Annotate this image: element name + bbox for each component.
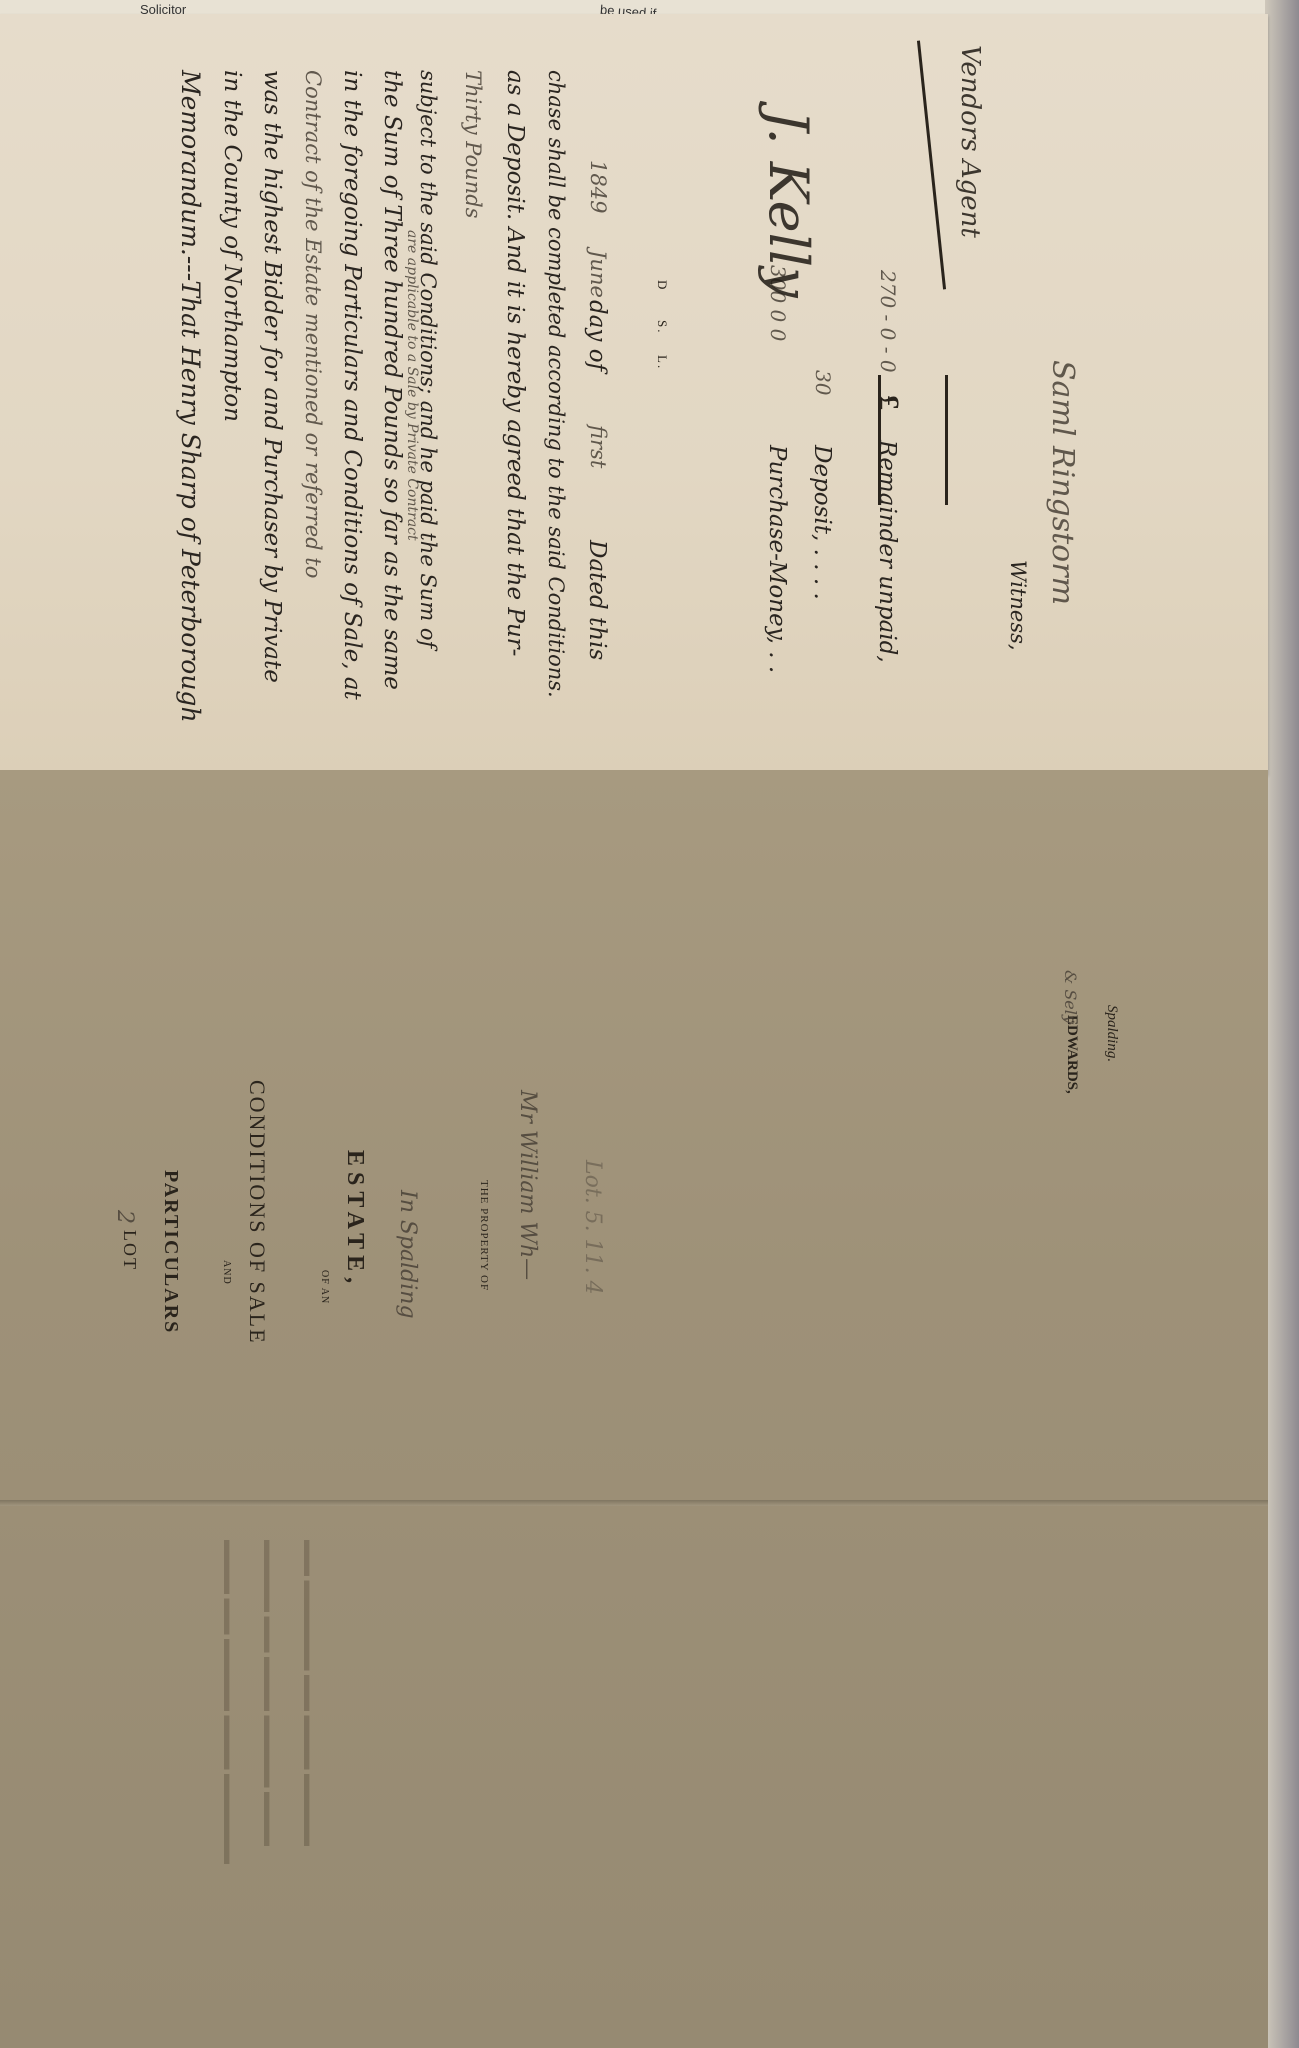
lot-number: 2 [112, 1210, 137, 1224]
memo-line-5: in the foregoing Particulars and Conditi… [339, 70, 365, 700]
title-particulars: PARTICULARS [159, 1170, 182, 1334]
remainder-label: Remainder unpaid, [874, 440, 900, 663]
table-surface-edge [1265, 0, 1299, 2048]
cover-fold-crease [0, 1500, 1268, 1506]
memo-line-1: Memorandum.---That Henry Sharp of Peterb… [176, 70, 205, 723]
remainder-value: 270 - 0 - 0 [876, 270, 900, 373]
vendor-signature: J. Kelly [757, 110, 820, 298]
memo-line-3: was the highest Bidder for and Purchaser… [259, 70, 285, 683]
witness-signature: Saml Ringstorm [1045, 360, 1080, 605]
lot-label: LOT [119, 1230, 140, 1271]
show-through-text: ▬▬▬ ▬▬ ▬▬▬▬ ▬▬▬ ▬▬▬▬▬ [219, 1540, 240, 1864]
total-rule [945, 375, 948, 505]
vendor-role: Vendors Agent [955, 45, 985, 238]
pound-sign: £ [871, 395, 905, 410]
dated-label: Dated this [584, 540, 610, 660]
title-conditions: CONDITIONS OF SALE [244, 1080, 270, 1345]
dated-day: first [586, 425, 610, 468]
dated-year: 1849 [586, 160, 610, 213]
memo-line-8: Thirty Pounds [461, 70, 485, 218]
pencil-note: Lot. 5. 11. 4 [580, 1160, 605, 1295]
title-of-an: OF AN [319, 1270, 330, 1304]
title-and: AND [221, 1260, 232, 1285]
property-of-label: THE PROPERTY OF [478, 1180, 490, 1291]
witness-label: Witness, [1006, 560, 1030, 651]
estate-location: In Spalding [395, 1190, 420, 1319]
deposit-label: Deposit, . . . . [809, 445, 835, 600]
memo-line-7: subject to the said Conditions; and he p… [416, 70, 440, 648]
memo-line-4: Contract of the Estate mentioned or refe… [301, 70, 325, 578]
printer-partner: & Sely [1061, 970, 1080, 1024]
lsd-d: D [654, 280, 670, 291]
memo-line-6: the Sum of Three hundred Pounds so far a… [379, 70, 405, 690]
memo-line-2: in the County of Northampton [219, 70, 245, 422]
lsd-l: L. [654, 355, 670, 370]
lsd-s: S. [654, 320, 670, 334]
title-estate: ESTATE, [341, 1150, 368, 1289]
deposit-value: 30 [811, 370, 835, 395]
owner-name: Mr William Wh— [515, 1090, 540, 1280]
printer-place: Spalding. [1103, 1005, 1120, 1062]
show-through-text: ▬▬ ▬▬▬▬▬ ▬▬ ▬▬▬ ▬▬▬▬ [299, 1540, 320, 1846]
purchase-money-label: Purchase-Money, . . [764, 445, 790, 673]
memo-line-10: chase shall be completed according to th… [544, 70, 568, 698]
memo-line-9: as a Deposit. And it is hereby agreed th… [502, 70, 528, 656]
dated-day-of: day of [584, 300, 610, 371]
printer-name: EDWARDS, [1063, 1015, 1080, 1094]
show-through-text: ▬▬▬▬ ▬▬ ▬▬▬ ▬▬▬▬ ▬▬▬ [259, 1540, 280, 1846]
dated-month: June [586, 250, 610, 298]
cover-page [0, 770, 1268, 2048]
